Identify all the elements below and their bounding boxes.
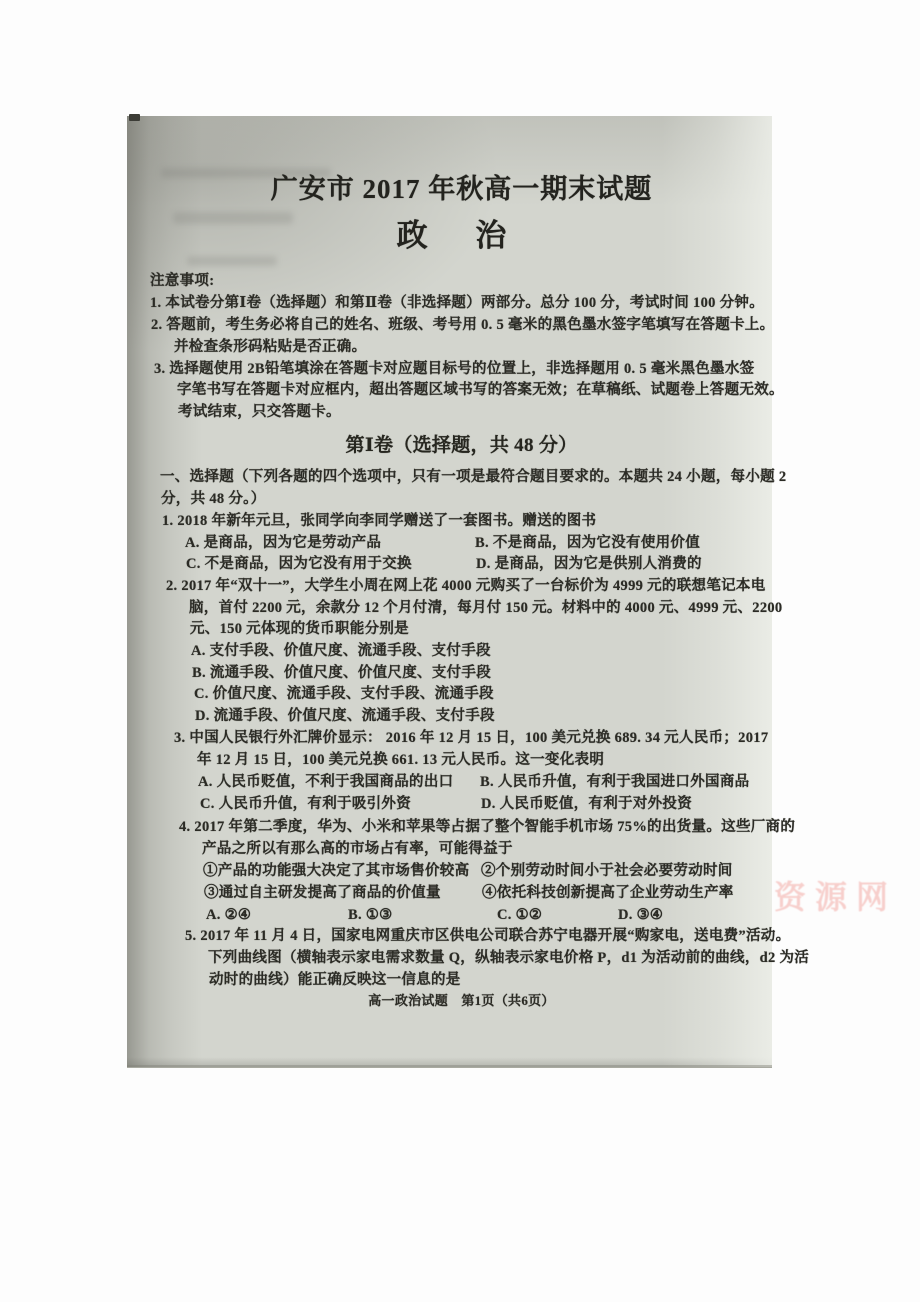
q4-stem-line-1: 4. 2017 年第二季度，华为、小米和苹果等占据了整个智能手机市场 75%的出… <box>179 818 795 837</box>
q4-choice-2: ②个别劳动时间小于社会必要劳动时间 <box>481 862 733 881</box>
notice-item-3-line-3: 考试结束，只交答题卡。 <box>178 403 341 422</box>
section-1-heading: 第Ⅰ卷（选择题，共 48 分） <box>139 436 784 455</box>
q3-stem-line-2: 年 12 月 15 日，100 美元兑换 661. 13 元人民币。这一变化表明 <box>197 751 604 770</box>
notice-item-3-line-2: 字笔书写在答题卡对应框内，超出答题区域书写的答案无效；在草稿纸、试题卷上答题无效… <box>177 381 784 400</box>
section-1-intro-line-2: 分，共 48 分。） <box>161 490 266 509</box>
bleed-through-smudge <box>173 212 293 224</box>
scanned-page: 广安市 2017 年秋高一期末试题 政 治 注意事项: 1. 本试卷分第Ⅰ卷（选… <box>0 0 920 1302</box>
q3-option-d: D. 人民币贬值，有利于对外投资 <box>481 795 692 814</box>
notice-item-3-line-1: 3. 选择题使用 2B铅笔填涂在答题卡对应题目标号的位置上，非选择题用 0. 5… <box>154 360 754 379</box>
q2-option-b: B. 流通手段、价值尺度、价值尺度、支付手段 <box>192 664 491 683</box>
q4-option-d: D. ③④ <box>618 906 663 925</box>
q2-option-a: A. 支付手段、价值尺度、流通手段、支付手段 <box>191 642 491 661</box>
q1-option-d: D. 是商品，因为它是供别人消费的 <box>476 555 702 574</box>
notice-item-2-line-2: 并检查条形码粘贴是否正确。 <box>174 338 366 357</box>
q3-option-c: C. 人民币升值，有利于吸引外资 <box>200 795 411 814</box>
notice-item-1: 1. 本试卷分第Ⅰ卷（选择题）和第Ⅱ卷（非选择题）两部分。总分 100 分，考试… <box>150 294 764 313</box>
q1-option-c: C. 不是商品，因为它没有用于交换 <box>186 555 412 574</box>
q5-stem-line-1: 5. 2017 年 11 月 4 日，国家电网重庆市区供电公司联合苏宁电器开展“… <box>185 927 790 946</box>
bleed-through-smudge <box>187 256 277 266</box>
page-footer: 高一政治试题 第1页（共6页） <box>139 991 784 1010</box>
q2-option-d: D. 流通手段、价值尺度、流通手段、支付手段 <box>195 707 495 726</box>
q4-stem-line-2: 产品之所以有那么高的市场占有率，可能得益于 <box>202 840 513 859</box>
q4-choice-4: ④依托科技创新提高了企业劳动生产率 <box>482 884 734 903</box>
notice-item-2-line-1: 2. 答题前，考生务必将自己的姓名、班级、考号用 0. 5 毫米的黑色墨水签字笔… <box>151 316 774 335</box>
q1-option-b: B. 不是商品，因为它没有使用价值 <box>475 534 700 553</box>
q3-stem-line-1: 3. 中国人民银行外汇牌价显示： 2016 年 12 月 15 日，100 美元… <box>174 729 768 748</box>
scan-speck <box>129 114 140 121</box>
q5-stem-line-3: 动时的曲线）能正确反映这一信息的是 <box>209 971 461 990</box>
q4-option-c: C. ①② <box>497 906 542 925</box>
exam-title: 广安市 2017 年秋高一期末试题 <box>139 180 784 199</box>
q2-option-c: C. 价值尺度、流通手段、支付手段、流通手段 <box>194 685 494 704</box>
q2-stem-line-1: 2. 2017 年“双十一”，大学生小周在网上花 4000 元购买了一台标价为 … <box>166 577 766 596</box>
q1-stem: 1. 2018 年新年元旦，张同学向李同学赠送了一套图书。赠送的图书 <box>162 512 596 531</box>
section-1-intro-line-1: 一、选择题（下列各题的四个选项中，只有一项是最符合题目要求的。本题共 24 小题… <box>160 468 786 487</box>
exam-paper-sheet: 广安市 2017 年秋高一期末试题 政 治 注意事项: 1. 本试卷分第Ⅰ卷（选… <box>127 116 772 1067</box>
site-watermark: 资源网 <box>774 872 897 918</box>
notice-heading: 注意事项: <box>150 272 214 291</box>
q4-option-b: B. ①③ <box>348 906 392 925</box>
q3-option-a: A. 人民币贬值，不利于我国商品的出口 <box>198 773 453 792</box>
q4-choice-1: ①产品的功能强大决定了其市场售价较高 <box>203 862 469 881</box>
q5-stem-line-2: 下列曲线图（横轴表示家电需求数量 Q，纵轴表示家电价格 P，d1 为活动前的曲线… <box>208 949 809 968</box>
q4-choice-3: ③通过自主研发提高了商品的价值量 <box>204 884 441 903</box>
exam-subject: 政 治 <box>139 226 784 245</box>
q2-stem-line-2: 脑，首付 2200 元，余款分 12 个月付清，每月付 150 元。材料中的 4… <box>189 599 782 618</box>
q2-stem-line-3: 元、150 元体现的货币职能分别是 <box>190 620 409 639</box>
q3-option-b: B. 人民币升值，有利于我国进口外国商品 <box>480 773 749 792</box>
q1-option-a: A. 是商品，因为它是劳动产品 <box>185 534 381 553</box>
q4-option-a: A. ②④ <box>206 906 251 925</box>
